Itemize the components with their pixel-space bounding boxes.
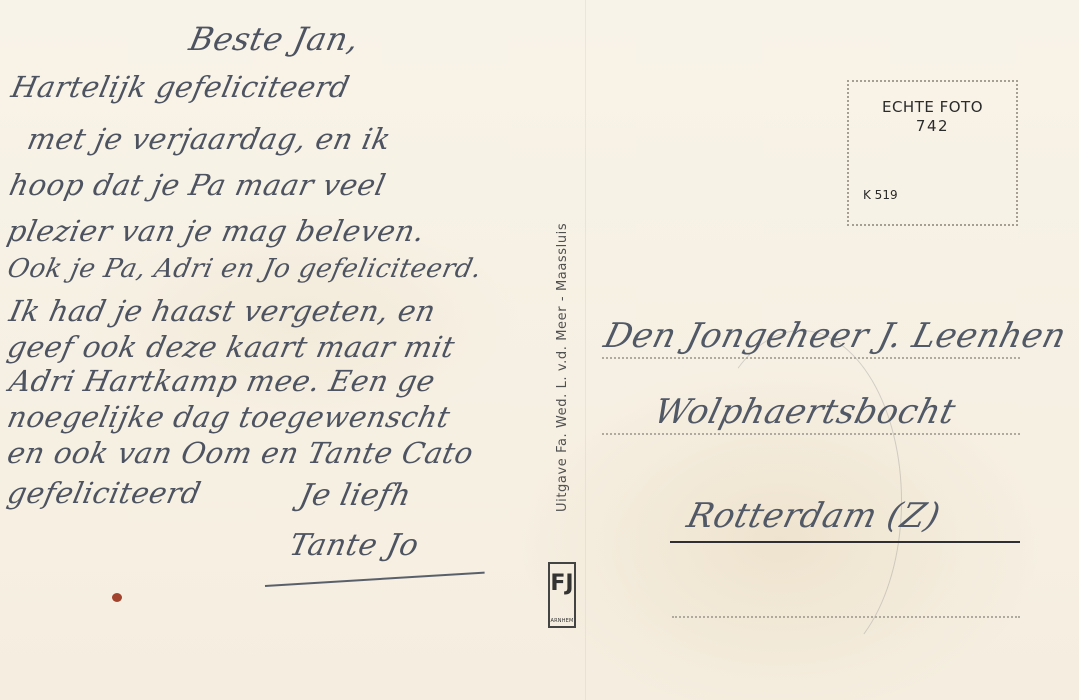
logo-monogram: FJ [550, 564, 573, 604]
message-line: en ook van Oom en Tante Cato [4, 436, 476, 470]
center-divider [585, 0, 586, 700]
logo-caption: ARNHEM [550, 618, 573, 626]
stamp-title: ECHTE FOTO [849, 98, 1016, 116]
message-line: Ik had je haast vergeten, en [6, 294, 439, 328]
stamp-code: K 519 [863, 188, 898, 202]
message-line: Ook je Pa, Adri en Jo gefeliciteerd. [5, 254, 485, 284]
ink-spot [112, 593, 122, 602]
message-line: gefeliciteerd [4, 476, 204, 510]
address-line-1: Den Jongeheer J. Leenhen [600, 316, 1070, 356]
message-greeting: Beste Jan, [186, 20, 363, 58]
stamp-box: ECHTE FOTO 742 K 519 [847, 80, 1018, 226]
address-rule-4 [672, 616, 1020, 618]
signature-underline [265, 572, 485, 587]
message-line: plezier van je mag beleven. [4, 214, 428, 248]
address-rule-2 [602, 433, 1020, 435]
address-rule-1 [602, 357, 1020, 359]
message-line: met je verjaardag, en ik [24, 122, 394, 156]
message-line: Adri Hartkamp mee. Een ge [6, 364, 438, 398]
publisher-logo: FJ ARNHEM [548, 562, 576, 628]
message-line: geef ook deze kaart maar mit [4, 330, 458, 364]
message-closing: Je liefh [296, 478, 414, 513]
address-line-3: Rotterdam (Z) [683, 496, 944, 536]
address-rule-3 [670, 541, 1020, 543]
message-signature: Tante Jo [286, 528, 422, 563]
message-line: hoop dat je Pa maar veel [6, 168, 389, 202]
stamp-number: 742 [849, 117, 1016, 135]
message-line: noegelijke dag toegewenscht [4, 400, 453, 434]
message-line: Hartelijk gefeliciteerd [8, 70, 352, 104]
address-line-2: Wolphaertsbocht [650, 392, 960, 432]
postcard-back: Beste Jan, Hartelijk gefeliciteerd met j… [0, 0, 1079, 700]
publisher-imprint: Uitgave Fa. Wed. L. v.d. Meer - Maasslui… [555, 223, 570, 512]
